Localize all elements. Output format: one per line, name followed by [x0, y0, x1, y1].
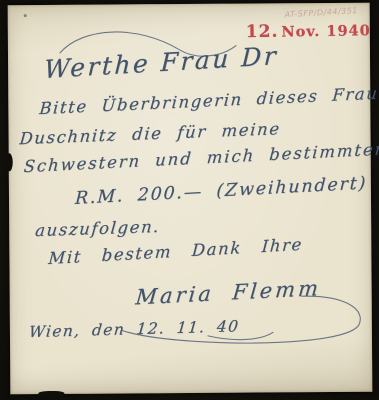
date-stamp: 12.Nov. 1940: [246, 20, 371, 42]
letter-body-line: Duschnitz die für meine: [19, 119, 282, 148]
scanned-letter: AT-SFP/D/44/351 12.Nov. 1940 Werthe Frau…: [0, 0, 379, 400]
paper-speck: [24, 14, 27, 17]
letter-amount-line: R.M. 200.— (Zweihundert): [74, 173, 367, 208]
letter-body-line: Bitte Überbringerin dieses Frau: [39, 84, 379, 118]
letter-closing: Mit bestem Dank Ihre: [48, 235, 304, 268]
letter-signature: Maria Flemm: [135, 276, 322, 310]
date-stamp-day: 12.: [246, 22, 279, 43]
letter-salutation: Werthe Frau Dr: [43, 41, 278, 84]
letter-paper: AT-SFP/D/44/351 12.Nov. 1940 Werthe Frau…: [8, 3, 373, 395]
letter-place-date: Wien, den 12. 11. 40: [28, 317, 240, 341]
paper-edge-notch-left: [6, 153, 13, 171]
archival-reference: AT-SFP/D/44/351: [284, 6, 358, 19]
letter-body-line: auszufolgen.: [34, 217, 161, 240]
date-stamp-month-year: Nov. 1940: [281, 22, 371, 40]
paper-edge-notch-bottom: [38, 391, 64, 397]
